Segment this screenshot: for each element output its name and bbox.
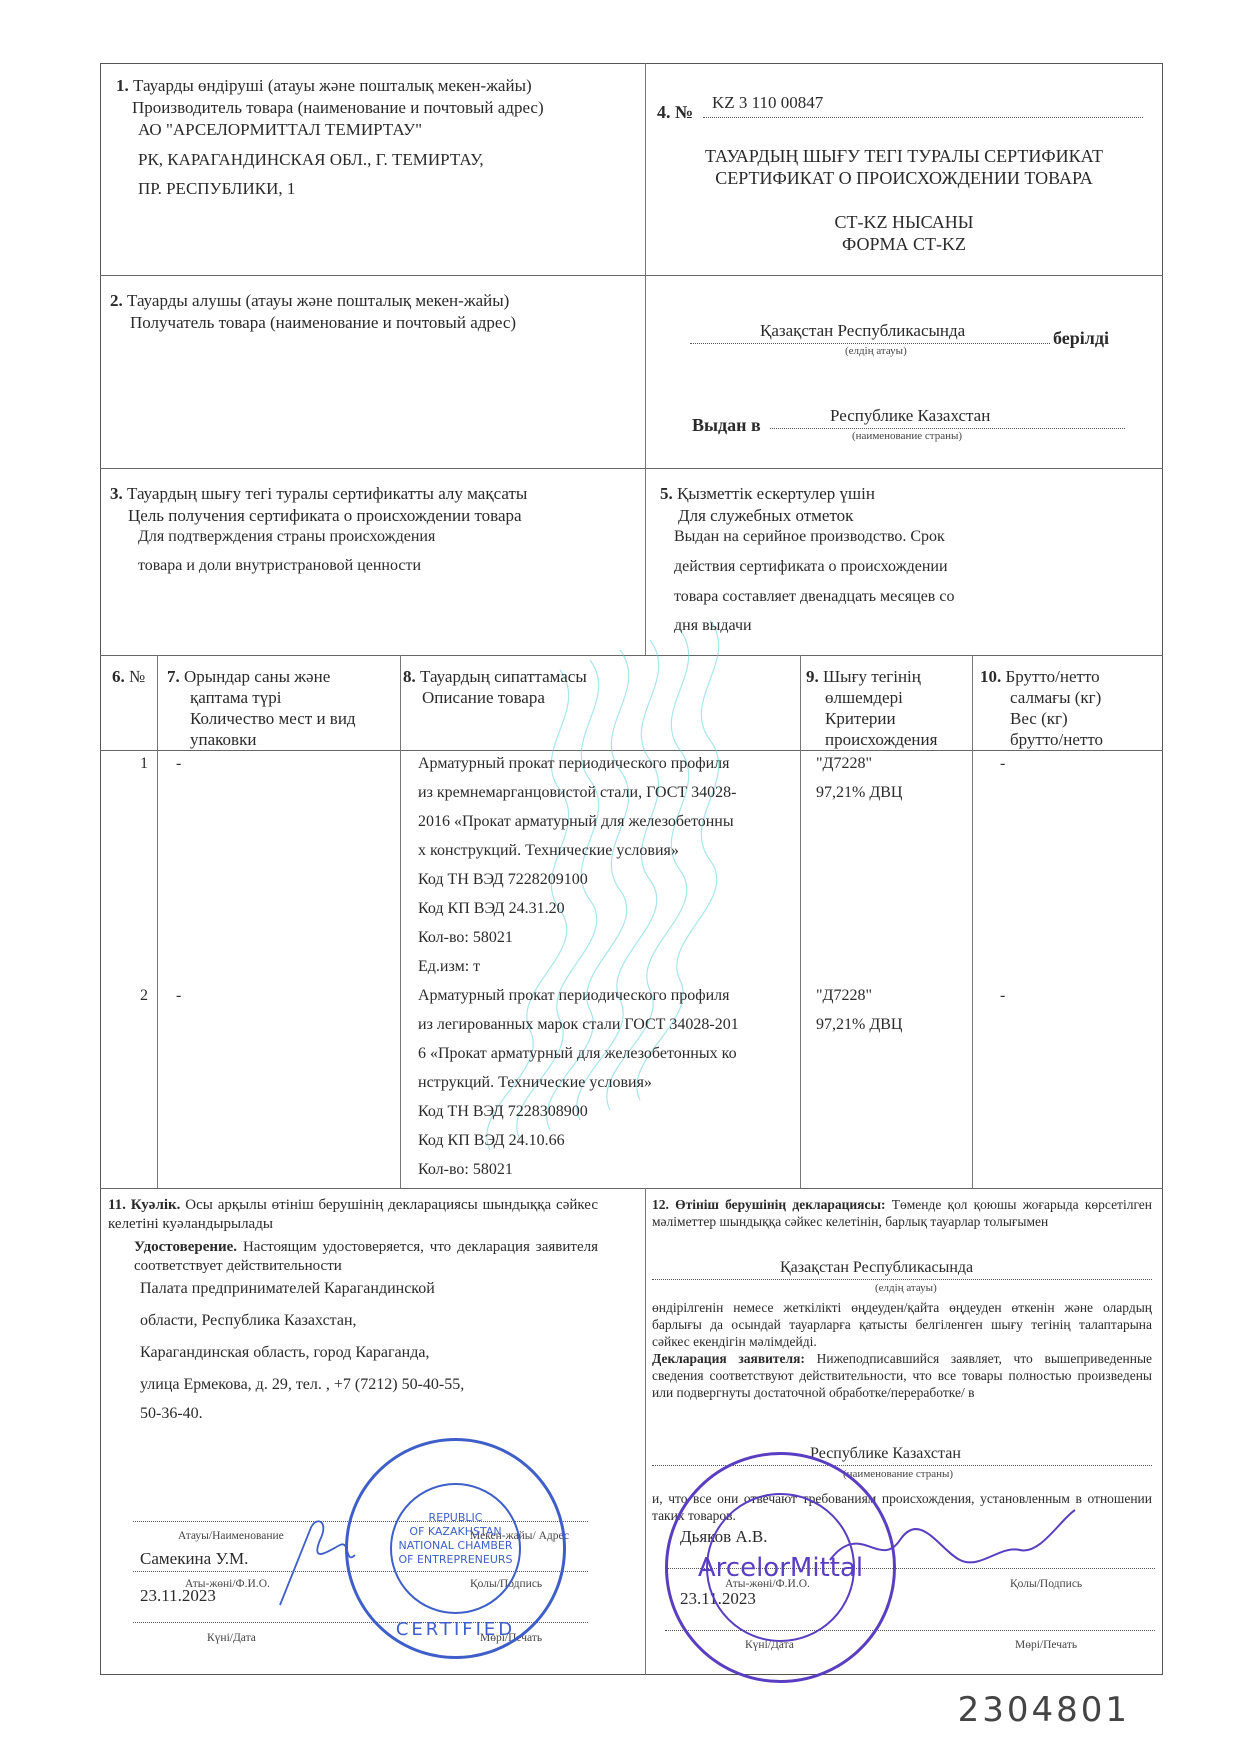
box-number: 1. <box>116 76 129 95</box>
label-seal: Мөрі/Печать <box>480 1627 542 1649</box>
remarks-line: товара составляет двенадцать месяцев со <box>674 586 954 608</box>
box1-label-ru: Производитель товара (наименование и поч… <box>132 97 544 119</box>
description-line: Код КП ВЭД 24.31.20 <box>418 898 565 920</box>
declaration-country-kz: Қазақстан Республикасында <box>780 1257 973 1279</box>
row-number: 1 <box>140 753 148 775</box>
declaration-title-kz: Өтініш берушінің декларациясы: <box>675 1197 885 1212</box>
box-number: 7. <box>167 667 180 686</box>
box11-certification-ru: Удостоверение. Настоящим удостоверяется,… <box>134 1238 598 1276</box>
header-text: Орындар саны және <box>184 667 330 686</box>
label-text: Тауардың шығу тегі туралы сертификатты а… <box>127 484 527 503</box>
remarks-line: действия сертификата о происхождении <box>674 556 948 578</box>
description-line: Арматурный прокат периодического профиля <box>418 753 730 775</box>
divider <box>100 655 1163 656</box>
divider <box>645 1188 646 1675</box>
description-line: нструкций. Технические условия» <box>418 1072 652 1094</box>
signature-icon <box>820 1500 1080 1580</box>
column-header-packages: 7. Орындар саны және <box>167 666 330 688</box>
header-line: өлшемдері <box>825 687 903 709</box>
header-line: брутто/нетто <box>1010 729 1103 751</box>
title-ru: СЕРТИФИКАТ О ПРОИСХОЖДЕНИИ ТОВАРА <box>645 167 1163 189</box>
country-hint-ru: (наименование страны) <box>852 430 962 443</box>
country-hint-kz: (елдің атауы) <box>875 1282 937 1295</box>
divider <box>400 655 401 1188</box>
producer-address-line: ПР. РЕСПУБЛИКИ, 1 <box>138 178 295 200</box>
label-seal: Мөрі/Печать <box>1015 1634 1077 1656</box>
description-line: из кремнемарганцовистой стали, ГОСТ 3402… <box>418 782 736 804</box>
row-packages: - <box>176 753 181 775</box>
producer-name: АО "АРСЕЛОРМИТТАЛ ТЕМИРТАУ" <box>138 119 422 141</box>
description-line: 2016 «Прокат арматурный для железобетонн… <box>418 811 734 833</box>
dotted-line <box>703 117 1143 118</box>
header-text: Тауардың сипаттамасы <box>420 667 587 686</box>
chamber-line: области, Республика Казахстан, <box>140 1310 357 1332</box>
header-text: Брутто/нетто <box>1006 667 1100 686</box>
header-line: Критерии <box>825 708 896 730</box>
issued-prefix-ru: Выдан в <box>692 414 761 436</box>
header-line: салмағы (кг) <box>1010 687 1101 709</box>
form-ru: ФОРМА СТ-KZ <box>645 233 1163 255</box>
certification-title-kz: Куәлік. <box>131 1197 181 1213</box>
header-text: № <box>129 667 145 686</box>
box1-label-kz: 1. Тауарды өндіруші (атауы және пошталық… <box>116 75 532 97</box>
dotted-line <box>652 1465 1152 1466</box>
box-number: 3. <box>110 484 123 503</box>
divider <box>100 468 1163 469</box>
row-weight: - <box>1000 985 1005 1007</box>
label-text: Тауарды өндіруші (атауы және пошталық ме… <box>133 76 532 95</box>
header-line: упаковки <box>190 729 256 751</box>
dotted-line <box>652 1279 1152 1280</box>
document-serial: 2304801 <box>958 1690 1130 1730</box>
label-text: Қызметтік ескертулер үшін <box>677 484 875 503</box>
certificate-number: KZ 3 110 00847 <box>712 92 823 114</box>
dotted-line <box>770 428 1125 429</box>
divider <box>157 655 158 1188</box>
country-hint-kz: (елдің атауы) <box>845 345 907 358</box>
label-date: Күні/Дата <box>745 1634 794 1656</box>
divider <box>972 655 973 1188</box>
signer-name: Дьяков А.В. <box>680 1526 767 1548</box>
description-line: Код КП ВЭД 24.10.66 <box>418 1130 565 1152</box>
divider <box>800 655 801 1188</box>
description-line: Кол-во: 58021 <box>418 1159 513 1181</box>
box3-label-kz: 3. Тауардың шығу тегі туралы сертификатт… <box>110 483 527 505</box>
certification-title-ru: Удостоверение. <box>134 1239 237 1255</box>
criteria-line: 97,21% ДВЦ <box>816 1014 902 1036</box>
box3-label-ru: Цель получения сертификата о происхожден… <box>128 505 522 527</box>
header-line: Количество мест и вид <box>190 708 356 730</box>
purpose-line: Для подтверждения страны происхождения <box>138 526 435 548</box>
description-line: Код ТН ВЭД 7228308900 <box>418 1101 588 1123</box>
header-line: қаптама түрі <box>190 687 281 709</box>
box2-label-ru: Получатель товара (наименование и почтов… <box>130 312 516 334</box>
box-number: 8. <box>403 667 416 686</box>
label-name: Атауы/Наименование <box>178 1525 284 1547</box>
box12-declaration-kz: 12. Өтініш берушінің декларациясы: Төмен… <box>652 1196 1152 1230</box>
header-line: Описание товара <box>422 687 545 709</box>
description-line: из легированных марок стали ГОСТ 34028-2… <box>418 1014 739 1036</box>
signing-date: 23.11.2023 <box>140 1585 216 1607</box>
column-header-description: 8. Тауардың сипаттамасы <box>403 666 587 688</box>
description-line: Ед.изм: т <box>418 956 480 978</box>
chamber-line: улица Ермекова, д. 29, тел. , +7 (7212) … <box>140 1374 464 1396</box>
box2-label-kz: 2. Тауарды алушы (атауы және пошталық ме… <box>110 290 509 312</box>
box-number: 10. <box>980 667 1001 686</box>
column-header-criteria: 9. Шығу тегінің <box>806 666 921 688</box>
declaration-title-ru: Декларация заявителя: <box>652 1351 805 1366</box>
box12-declaration-ru: Декларация заявителя: Нижеподписавшийся … <box>652 1350 1152 1401</box>
row-weight: - <box>1000 753 1005 775</box>
description-line: х конструкций. Технические условия» <box>418 840 679 862</box>
box5-label-ru: Для служебных отметок <box>678 505 853 527</box>
issued-suffix-kz: берілді <box>1053 327 1109 349</box>
row-number: 2 <box>140 985 148 1007</box>
label-signature: Қолы/Подпись <box>470 1573 542 1595</box>
box-number: 2. <box>110 291 123 310</box>
purpose-line: товара и доли внутристрановой ценности <box>138 555 421 577</box>
dotted-line <box>133 1571 588 1572</box>
declaration-country-ru: Республике Казахстан <box>810 1443 961 1465</box>
criteria-line: "Д7228" <box>816 753 872 775</box>
label-text: Тауарды алушы (атауы және пошталық мекен… <box>127 291 509 310</box>
description-line: Код ТН ВЭД 7228209100 <box>418 869 588 891</box>
issued-country-kz: Қазақстан Республикасында <box>760 320 965 342</box>
row-packages: - <box>176 985 181 1007</box>
dotted-line <box>133 1622 588 1623</box>
remarks-line: Выдан на серийное производство. Срок <box>674 526 945 548</box>
description-line: Арматурный прокат периодического профиля <box>418 985 730 1007</box>
box-number: 6. <box>112 667 125 686</box>
label-address: Мекен-жайы/ Адрес <box>470 1525 569 1547</box>
box-number: 11. <box>108 1197 126 1213</box>
column-header-weight: 10. Брутто/нетто <box>980 666 1100 688</box>
divider <box>100 1188 1163 1189</box>
dotted-line <box>133 1521 588 1522</box>
signing-date: 23.11.2023 <box>680 1588 756 1610</box>
description-line: Кол-во: 58021 <box>418 927 513 949</box>
signature-icon <box>270 1510 360 1610</box>
column-header-no: 6. № <box>112 666 145 688</box>
country-hint-ru: (наименование страны) <box>843 1468 953 1481</box>
certification-text-kz: Осы арқылы өтініш берушінің декларациясы… <box>108 1197 598 1232</box>
remarks-line: дня выдачи <box>674 615 752 637</box>
box5-label-kz: 5. Қызметтік ескертулер үшін <box>660 483 875 505</box>
criteria-line: "Д7228" <box>816 985 872 1007</box>
chamber-line: 50-36-40. <box>140 1403 203 1425</box>
issued-country-ru: Республике Казахстан <box>830 405 990 427</box>
box-number: 12. <box>652 1197 669 1212</box>
divider <box>100 750 1163 751</box>
box-number: 9. <box>806 667 819 686</box>
certificate-number-label: 4. № <box>657 101 693 123</box>
dotted-line <box>690 343 1050 344</box>
producer-address-line: РК, КАРАГАНДИНСКАЯ ОБЛ., Г. ТЕМИРТАУ, <box>138 149 484 171</box>
label-date: Күні/Дата <box>207 1627 256 1649</box>
chamber-line: Палата предпринимателей Карагандинской <box>140 1278 435 1300</box>
dotted-line <box>665 1630 1155 1631</box>
title-kz: ТАУАРДЫҢ ШЫҒУ ТЕГІ ТУРАЛЫ СЕРТИФИКАТ <box>645 145 1163 167</box>
chamber-line: Карагандинская область, город Караганда, <box>140 1342 429 1364</box>
signer-name: Самекина У.М. <box>140 1548 248 1570</box>
criteria-line: 97,21% ДВЦ <box>816 782 902 804</box>
declaration-text-kz: өндірілгенін немесе жеткілікті өңдеуден/… <box>652 1299 1152 1350</box>
box-number: 5. <box>660 484 673 503</box>
form-kz: СТ-KZ НЫСАНЫ <box>645 211 1163 233</box>
header-line: происхождения <box>825 729 937 751</box>
box11-certification-kz: 11. Куәлік. Осы арқылы өтініш берушінің … <box>108 1196 598 1234</box>
header-text: Шығу тегінің <box>823 667 921 686</box>
description-line: 6 «Прокат арматурный для железобетонных … <box>418 1043 737 1065</box>
divider <box>100 275 1163 276</box>
header-line: Вес (кг) <box>1010 708 1068 730</box>
